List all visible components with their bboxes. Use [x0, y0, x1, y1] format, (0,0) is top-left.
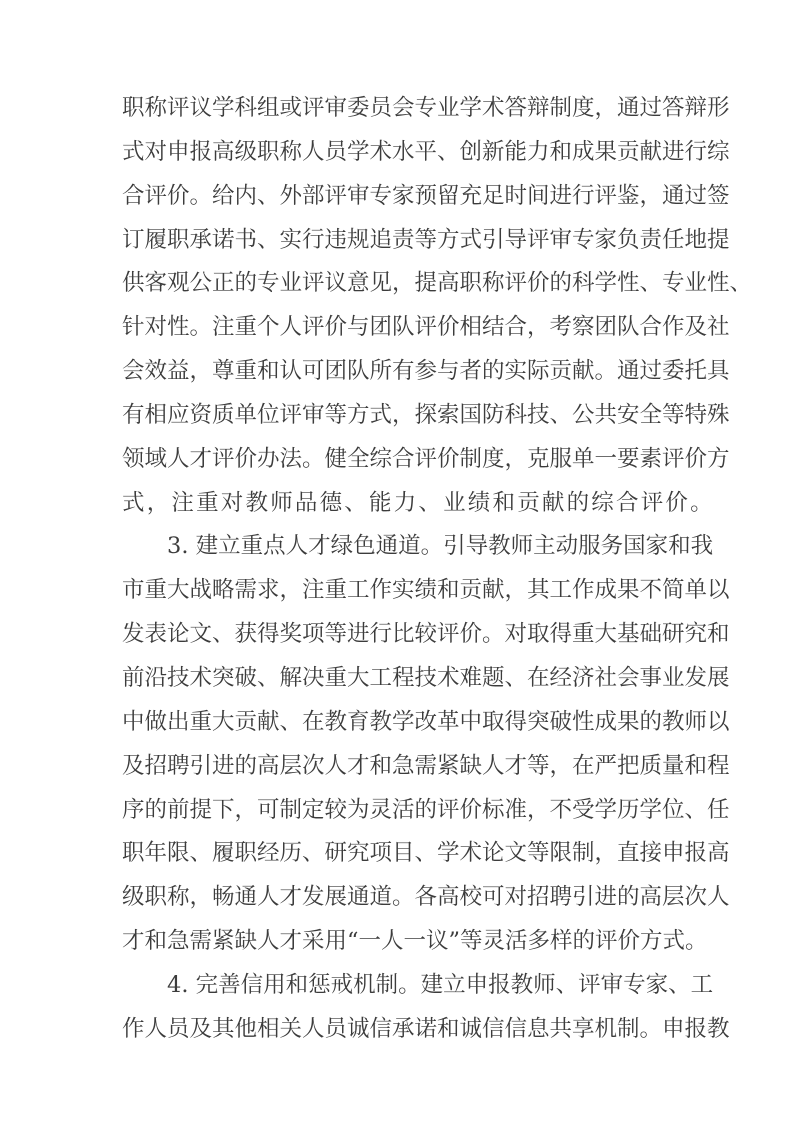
text-line-16: 及招聘引进的高层次人才和急需紧缺人才等，在严把质量和程 — [122, 750, 672, 794]
text-line-20: 才和急需紧缺人才采用“一人一议”等灵活多样的评价方式。 — [122, 925, 672, 969]
text-line-18: 职年限、履职经历、研究项目、学术论文等限制，直接申报高 — [122, 837, 672, 881]
text-line-14: 前沿技术突破、解决重大工程技术难题、在经济社会事业发展 — [122, 662, 672, 706]
text-line-22: 作人员及其他相关人员诚信承诺和诚信信息共享机制。申报教 — [122, 1013, 672, 1057]
text-line-17: 序的前提下，可制定较为灵活的评价标准，不受学历学位、任 — [122, 794, 672, 838]
text-line-10: 式，注重对教师品德、能力、业绩和贡献的综合评价。 — [122, 487, 672, 531]
text-line-6: 针对性。注重个人评价与团队评价相结合，考察团队合作及社 — [122, 311, 672, 355]
body-text: 职称评议学科组或评审委员会专业学术答辩制度，通过答辩形 式对申报高级职称人员学术… — [122, 92, 672, 1057]
text-line-3: 合评价。给内、外部评审专家预留充足时间进行评鉴，通过签 — [122, 180, 672, 224]
text-line-4: 订履职承诺书、实行违规追责等方式引导评审专家负责任地提 — [122, 224, 672, 268]
text-line-2: 式对申报高级职称人员学术水平、创新能力和成果贡献进行综 — [122, 136, 672, 180]
text-line-5: 供客观公正的专业评议意见，提高职称评价的科学性、专业性、 — [122, 267, 672, 311]
text-line-19: 级职称，畅通人才发展通道。各高校可对招聘引进的高层次人 — [122, 881, 672, 925]
text-line-12: 市重大战略需求，注重工作实绩和贡献，其工作成果不简单以 — [122, 574, 672, 618]
text-line-13: 发表论文、获得奖项等进行比较评价。对取得重大基础研究和 — [122, 618, 672, 662]
text-line-9: 领域人才评价办法。健全综合评价制度，克服单一要素评价方 — [122, 443, 672, 487]
document-page: 职称评议学科组或评审委员会专业学术答辩制度，通过答辩形 式对申报高级职称人员学术… — [0, 0, 793, 1122]
text-line-8: 有相应资质单位评审等方式，探索国防科技、公共安全等特殊 — [122, 399, 672, 443]
section-4-heading-line: 4. 完善信用和惩戒机制。建立申报教师、评审专家、工 — [122, 969, 672, 1013]
text-line-15: 中做出重大贡献、在教育教学改革中取得突破性成果的教师以 — [122, 706, 672, 750]
text-line-7: 会效益，尊重和认可团队所有参与者的实际贡献。通过委托具 — [122, 355, 672, 399]
text-line-1: 职称评议学科组或评审委员会专业学术答辩制度，通过答辩形 — [122, 92, 672, 136]
section-3-heading-line: 3. 建立重点人才绿色通道。引导教师主动服务国家和我 — [122, 530, 672, 574]
